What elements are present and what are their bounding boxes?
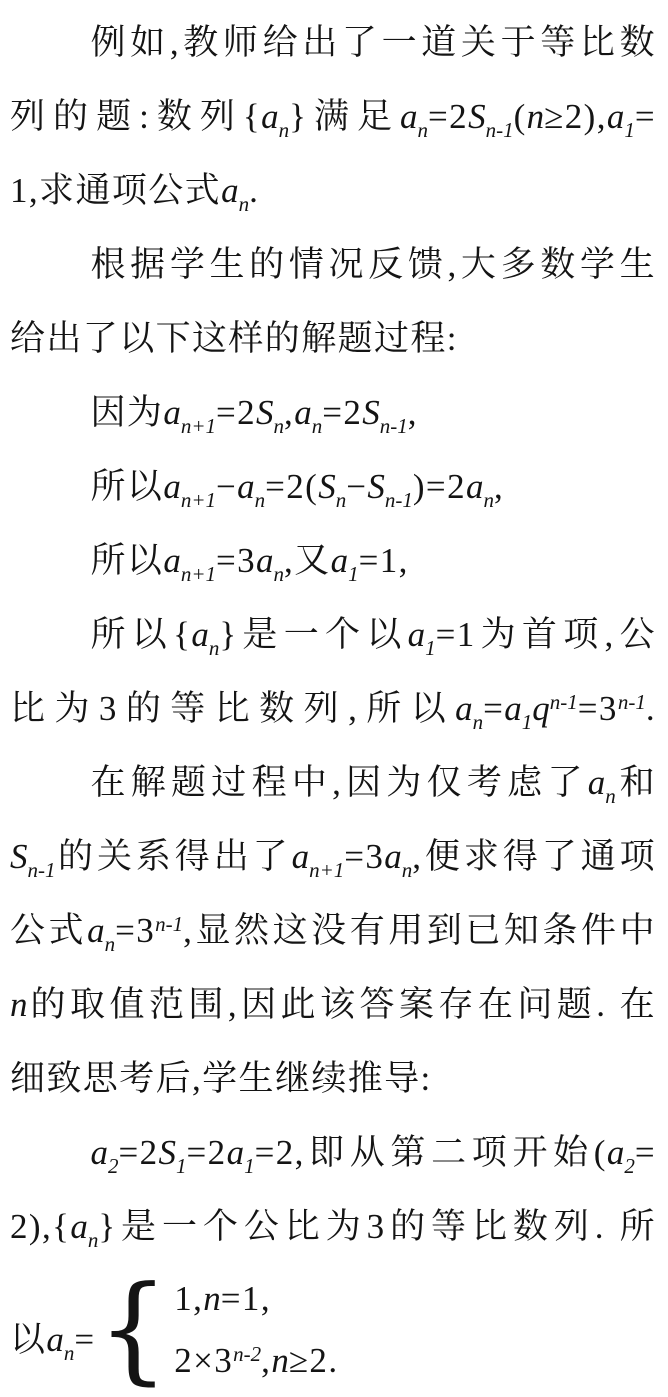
text-run: =1为首项,公 [436,615,656,654]
math-superscript: n-1 [618,690,646,714]
math-subscript: 1 [348,562,359,586]
math-subscript: n [483,488,494,512]
math-variable: a [294,393,312,432]
text-run: , [284,393,294,432]
text-run: )=2 [413,467,466,506]
text-run: 所以 [91,467,164,506]
math-variable: a [504,689,522,728]
math-subscript: n [88,1228,99,1252]
text-run: }满足 [289,97,400,136]
text-run: 1,求通项公式 [10,171,221,210]
math-variable: a [607,97,625,136]
formula-prefix: 以an= [10,1312,96,1362]
text-run: }是一个公比为3的等比数列. 所 [98,1207,656,1246]
text-line: Sn-1的关系得出了an+1=3an,便求得了通项 [10,820,656,894]
text-run: =2 [428,97,468,136]
text-line: 列的题:数列{an}满足an=2Sn-1(n≥2),a1= [10,80,656,154]
text-run: }是一个以 [219,615,407,654]
text-run: =2 [216,393,256,432]
text-run: = [74,1320,95,1359]
case-line: 1,n=1, [174,1268,338,1330]
text-run: 比为3的等比数列,所以 [10,689,455,728]
math-subscript: n [105,932,116,956]
math-variable: a [221,171,239,210]
text-run: 2×3 [174,1341,233,1380]
math-variable: a [70,1207,88,1246]
math-subscript: n [239,192,250,216]
math-superscript: n-1 [155,912,183,936]
text-run: − [346,467,367,506]
text-run: ,便求得了通项 [412,837,656,876]
text-line: 例如,教师给出了一道关于等比数 [10,6,656,80]
math-subscript: n+1 [181,488,216,512]
text-line: 根据学生的情况反馈,大多数学生 [10,228,656,302]
text-run: = [635,97,656,136]
text-run: =2 [119,1133,159,1172]
math-variable: a [46,1320,64,1359]
math-variable: a [87,911,105,950]
text-line: 在解题过程中,因为仅考虑了an和 [10,746,656,820]
math-subscript: 1 [624,118,635,142]
text-line: n的取值范围,因此该答案存在问题. 在 [10,968,656,1042]
math-variable: n [203,1279,221,1318]
math-subscript: n [402,858,413,882]
math-variable: S [362,393,380,432]
text-run: 所以{ [91,615,192,654]
math-subscript: n [64,1340,75,1364]
math-variable: a [607,1133,625,1172]
math-variable: a [91,1133,109,1172]
piecewise-formula: 以an={1,n=1,2×3n-2,n≥2. [10,1264,656,1395]
text-run: =2 [187,1133,227,1172]
math-variable: a [455,689,473,728]
math-superscript: n-2 [233,1342,261,1366]
text-line: 给出了以下这样的解题过程: [10,302,656,376]
math-subscript: 1 [425,636,436,660]
case-rows: 1,n=1,2×3n-2,n≥2. [174,1268,338,1392]
math-subscript: n-1 [380,414,408,438]
left-brace: { [98,1261,171,1397]
case-line: 2×3n-2,n≥2. [174,1330,338,1392]
text-run: 根据学生的情况反馈,大多数学生 [91,245,657,284]
math-subscript: n [605,784,616,808]
text-run: =3 [216,541,256,580]
text-run: ,又 [284,541,331,580]
text-run: 2),{ [10,1207,70,1246]
text-run: 列的题:数列{ [10,97,261,136]
text-run: 和 [616,763,656,802]
text-run: 细致思考后,学生继续推导: [10,1059,432,1098]
text-run: =2,即从第二项开始( [255,1133,607,1172]
math-variable: a [400,97,418,136]
text-line: 所以an+1=3an,又a1=1, [10,524,656,598]
text-run: =2 [322,393,362,432]
math-variable: n [527,97,545,136]
math-variable: a [163,393,181,432]
math-variable: a [292,837,310,876]
math-subscript: n [274,562,285,586]
math-variable: S [468,97,486,136]
text-run: = [483,689,504,728]
document-body: 例如,教师给出了一道关于等比数列的题:数列{an}满足an=2Sn-1(n≥2)… [10,6,656,1395]
math-subscript: n [209,636,220,660]
text-line: 2),{an}是一个公比为3的等比数列. 所 [10,1190,656,1264]
text-line: 比为3的等比数列,所以an=a1qn-1=3n-1. [10,672,656,746]
math-subscript: n+1 [181,562,216,586]
math-subscript: 2 [624,1154,635,1178]
text-line: 细致思考后,学生继续推导: [10,1042,656,1116]
text-run: , [261,1341,271,1380]
text-line: 1,求通项公式an. [10,154,656,228]
math-subscript: n [312,414,323,438]
math-subscript: n-1 [385,488,413,512]
text-run: =3 [115,911,155,950]
math-subscript: 1 [176,1154,187,1178]
text-run: ≥2), [544,97,607,136]
math-variable: a [256,541,274,580]
text-run: 1, [174,1279,203,1318]
text-run: 在解题过程中,因为仅考虑了 [91,763,588,802]
math-variable: a [384,837,402,876]
text-line: 所以{an}是一个以a1=1为首项,公 [10,598,656,672]
math-subscript: n+1 [181,414,216,438]
math-subscript: n [274,414,285,438]
text-run: = [635,1133,656,1172]
math-variable: S [318,467,336,506]
math-subscript: n [279,118,290,142]
math-subscript: n [336,488,347,512]
text-line: 所以an+1−an=2(Sn−Sn-1)=2an, [10,450,656,524]
text-run: 因为 [91,393,164,432]
math-variable: n [10,985,28,1024]
math-subscript: n+1 [309,858,344,882]
text-run: 所以 [91,541,164,580]
math-variable: S [256,393,274,432]
text-run: . [249,171,259,210]
text-run: =1, [221,1279,271,1318]
text-run: , [408,393,418,432]
math-variable: a [466,467,484,506]
math-variable: q [532,689,550,728]
text-run: ( [514,97,527,136]
math-variable: a [588,763,606,802]
text-line: a2=2S1=2a1=2,即从第二项开始(a2= [10,1116,656,1190]
text-line: 公式an=3n-1,显然这没有用到已知条件中 [10,894,656,968]
text-run: ≥2. [289,1341,339,1380]
math-subscript: 2 [108,1154,119,1178]
math-subscript: n-1 [486,118,514,142]
math-subscript: n [418,118,429,142]
text-run: =1, [359,541,409,580]
math-variable: S [367,467,385,506]
math-subscript: 1 [522,710,533,734]
text-run: 例如,教师给出了一道关于等比数 [91,23,657,62]
text-line: 因为an+1=2Sn,an=2Sn-1, [10,376,656,450]
text-run: 的关系得出了 [56,837,292,876]
math-subscript: n [473,710,484,734]
math-variable: a [227,1133,245,1172]
math-variable: S [10,837,28,876]
math-superscript: n-1 [550,690,578,714]
text-run: =3 [344,837,384,876]
math-subscript: n-1 [28,858,56,882]
text-run: =3 [578,689,618,728]
math-variable: a [163,541,181,580]
text-run: 以 [10,1320,46,1359]
text-run: 给出了以下这样的解题过程: [10,319,458,358]
text-run: − [216,467,237,506]
math-variable: a [191,615,209,654]
math-variable: a [261,97,279,136]
document-page: 例如,教师给出了一道关于等比数列的题:数列{an}满足an=2Sn-1(n≥2)… [0,0,668,1397]
text-run: . [646,689,656,728]
text-run: , [494,467,504,506]
math-variable: a [237,467,255,506]
math-subscript: n [255,488,266,512]
math-variable: a [331,541,349,580]
text-run: 公式 [10,911,87,950]
math-variable: n [271,1341,289,1380]
math-variable: a [163,467,181,506]
math-variable: S [159,1133,177,1172]
text-run: =2( [265,467,318,506]
text-run: ,显然这没有用到已知条件中 [183,911,656,950]
math-subscript: 1 [244,1154,255,1178]
math-variable: a [408,615,426,654]
text-run: 的取值范围,因此该答案存在问题. 在 [28,985,657,1024]
